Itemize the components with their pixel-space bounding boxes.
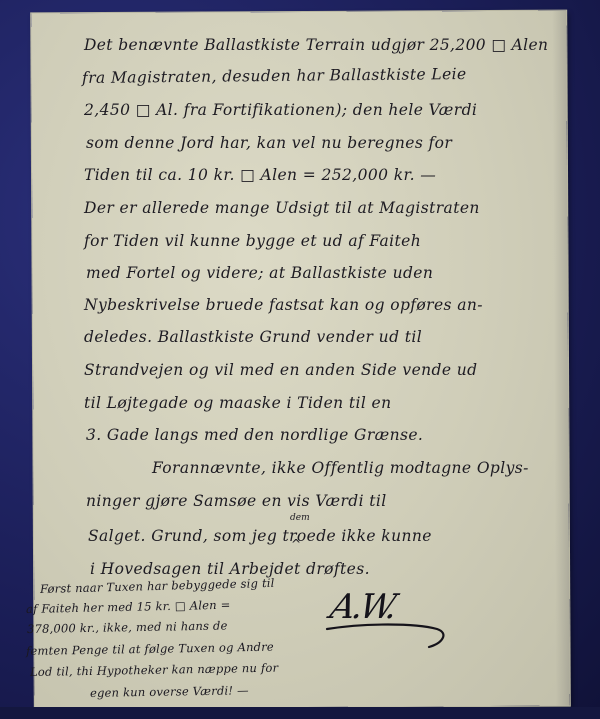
body-line-13: 3. Gade langs med den nordlige Grænse. bbox=[86, 426, 423, 444]
signature-underline-flourish bbox=[325, 621, 450, 649]
body-line-12: til Løjtegade og maaske i Tiden til en bbox=[84, 394, 392, 412]
body-line-6: Der er allerede mange Udsigt til at Magi… bbox=[84, 199, 480, 217]
body-line-3: 2,450 □ Al. fra Fortifikationen); den he… bbox=[84, 101, 477, 119]
interlinear-insertion: dem bbox=[290, 513, 310, 523]
body-line-5: Tiden til ca. 10 kr. □ Alen = 252,000 kr… bbox=[84, 166, 436, 184]
body-line-17: i Hovedsagen til Arbejdet drøftes. bbox=[90, 560, 370, 578]
postscript-line-6: egen kun overse Værdi! — bbox=[90, 683, 249, 700]
body-line-15: ninger gjøre Samsøe en vis Værdi til bbox=[86, 492, 387, 510]
signature: A.W. bbox=[325, 585, 445, 655]
body-line-1: Det benævnte Ballastkiste Terrain udgjør… bbox=[84, 36, 548, 54]
body-line-8: med Fortel og videre; at Ballastkiste ud… bbox=[86, 264, 433, 282]
insertion-caret-mark: ^ bbox=[291, 537, 301, 551]
body-line-4: som denne Jord har, kan vel nu beregnes … bbox=[86, 134, 452, 152]
body-line-10: deledes. Ballastkiste Grund vender ud ti… bbox=[84, 328, 422, 346]
body-line-14-indented: Forannævnte, ikke Offentlig modtagne Opl… bbox=[152, 459, 529, 477]
body-line-9: Nybeskrivelse bruede fastsat kan og opfø… bbox=[84, 296, 483, 314]
body-line-7: for Tiden vil kunne bygge et ud af Faite… bbox=[84, 232, 421, 250]
bottom-dark-band bbox=[0, 707, 600, 719]
body-line-11: Strandvejen og vil med en anden Side ven… bbox=[84, 361, 477, 379]
body-line-16: Salget. Grund, som jeg troede ikke kunne bbox=[88, 527, 432, 545]
